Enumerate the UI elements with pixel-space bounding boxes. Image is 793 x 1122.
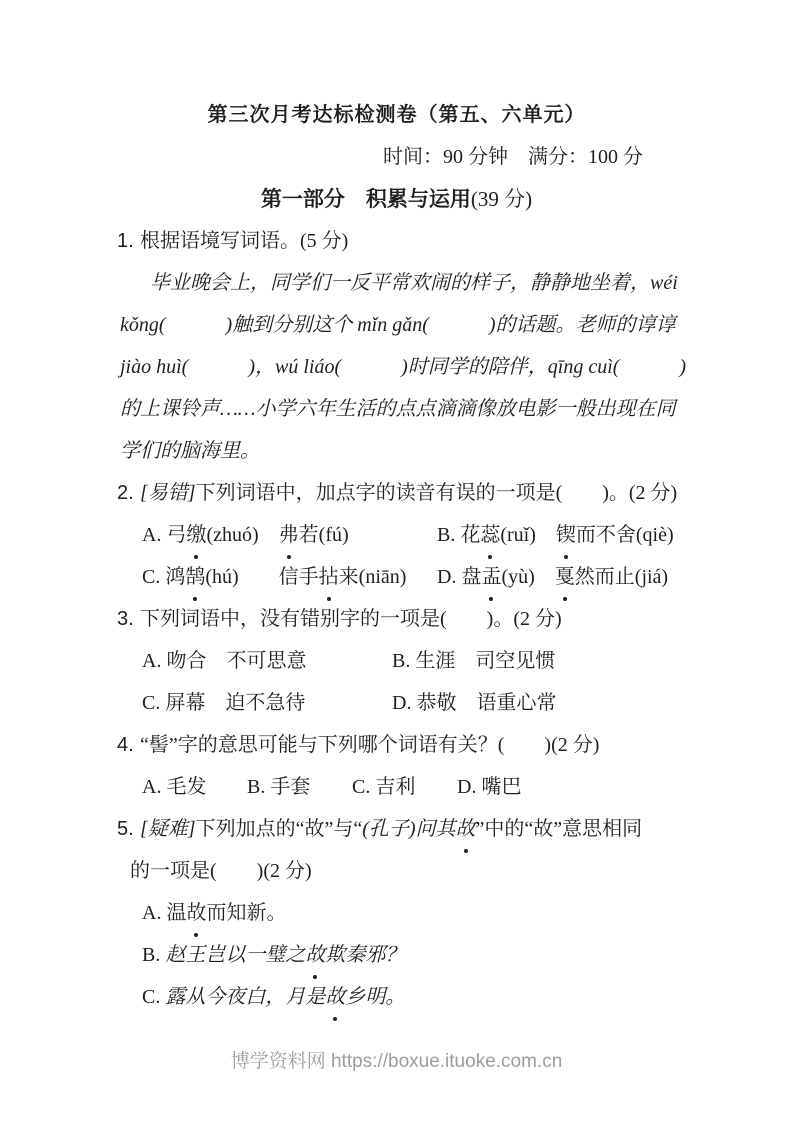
- text-segment: 下列加点的“故”与“: [196, 818, 363, 840]
- option-cell: D. 嘴巴: [457, 766, 521, 808]
- emphasis-dot-char: 戛: [555, 556, 575, 598]
- option-row: A. 温故而知新。: [0, 892, 793, 934]
- text-line: jiào huì( )，wú liáo( )时同学的陪伴，qīng cuì( ): [0, 346, 793, 388]
- question-number: 4.: [117, 724, 134, 766]
- question-number: 5.: [117, 808, 134, 850]
- exam-time-score-meta: 时间：90 分钟 满分：100 分: [0, 136, 793, 178]
- text-line: 学们的脑海里。: [0, 430, 793, 472]
- text-segment: D. 盘: [437, 566, 481, 588]
- text-segment: B. 手套: [247, 776, 310, 798]
- emphasis-dot-char: 蕊: [480, 514, 500, 556]
- text-segment: A. 温: [142, 902, 186, 924]
- option-cell: C. 屏幕 迫不急待: [142, 682, 392, 724]
- option-row: A. 吻合 不可思意B. 生涯 司空见惯: [0, 640, 793, 682]
- text-segment: B. 花: [437, 524, 480, 546]
- text-segment: A. 吻合 不可思意: [142, 650, 306, 672]
- emphasis-dot-char: 故: [305, 934, 325, 976]
- option-cell: D. 恭敬 语重心常: [392, 682, 556, 724]
- text-segment: 而知新。: [206, 902, 286, 924]
- emphasis-dot-char: 故: [325, 976, 345, 1018]
- option-row: B. 赵王岂以一璧之故欺秦邪？: [0, 934, 793, 976]
- text-segment: 而不舍(qiè): [576, 524, 674, 546]
- text-segment: B. 生涯 司空见惯: [392, 650, 555, 672]
- question-number: 1.: [117, 220, 134, 262]
- emphasis-dot-char: 故: [186, 892, 206, 934]
- emphasis-dot-char: 弗: [279, 514, 299, 556]
- text-segment: C. 鸿: [142, 566, 185, 588]
- text-segment: 毕业晚会上，同学们一反平常欢闹的样子，静静地坐着，wéi: [150, 272, 678, 294]
- option-row: C. 鸿鹄(hú) 信手拈来(niān)D. 盘盂(yù) 戛然而止(jiá): [0, 556, 793, 598]
- text-segment: 的上课铃声……小学六年生活的点点滴滴像放电影一般出现在同: [120, 398, 676, 420]
- text-segment: D. 嘴巴: [457, 776, 521, 798]
- text-segment: 若(fú): [299, 524, 349, 546]
- option-row: C. 露从今夜白，月是故乡明。: [0, 976, 793, 1018]
- option-row: A. 毛发B. 手套C. 吉利D. 嘴巴: [0, 766, 793, 808]
- text-segment: B.: [142, 944, 165, 966]
- text-segment: (zhuó): [206, 524, 278, 546]
- question-stem-line: 4.“髻”字的意思可能与下列哪个词语有关？( )(2 分): [0, 724, 793, 766]
- section-heading: 第一部分 积累与运用(39 分): [0, 178, 793, 220]
- question-stem-line: 5.[疑难]下列加点的“故”与“(孔子)问其故”中的“故”意思相同: [0, 808, 793, 850]
- question-stem-line: 3.下列词语中，没有错别字的一项是( )。(2 分): [0, 598, 793, 640]
- section-title: 第一部分 积累与运用: [261, 188, 471, 211]
- text-segment: (yù): [501, 566, 554, 588]
- paper-title: 第三次月考达标检测卷（第五、六单元）: [0, 94, 793, 136]
- question-number: 2.: [117, 472, 134, 514]
- emphasis-dot-char: 鹄: [185, 556, 205, 598]
- text-segment: kǒng( )触到分别这个 mǐn gǎn( )的话题。老师的谆谆: [120, 314, 676, 336]
- text-segment: 的一项是( )(2 分): [130, 860, 312, 882]
- text-segment: (ruǐ): [500, 524, 556, 546]
- text-segment: “髻”字的意思可能与下列哪个词语有关？( )(2 分): [140, 734, 599, 756]
- emphasis-dot-char: 故: [456, 808, 476, 850]
- text-segment: 然而止(jiá): [575, 566, 668, 588]
- option-cell: A. 吻合 不可思意: [142, 640, 392, 682]
- text-segment: 下列词语中，加点字的读音有误的一项是( )。(2 分): [196, 482, 678, 504]
- text-segment: [易错]: [140, 482, 196, 504]
- emphasis-dot-char: 盂: [481, 556, 501, 598]
- text-segment: C. 吉利: [352, 776, 415, 798]
- text-segment: 赵王岂以一璧之: [165, 944, 305, 966]
- text-segment: C.: [142, 986, 165, 1008]
- text-segment: 来(niān): [339, 566, 407, 588]
- option-cell: B. 花蕊(ruǐ) 锲而不舍(qiè): [437, 514, 674, 556]
- emphasis-dot-char: 锲: [556, 514, 576, 556]
- question-stem-line: 2.[易错]下列词语中，加点字的读音有误的一项是( )。(2 分): [0, 472, 793, 514]
- option-cell: C. 吉利: [352, 766, 457, 808]
- text-segment: (孔子)问其: [362, 818, 455, 840]
- emphasis-dot-char: 拈: [319, 556, 339, 598]
- page-footer-watermark: 博学资料网 https://boxue.ituoke.com.cn: [0, 1041, 793, 1083]
- text-segment: (hú) 信手: [205, 566, 318, 588]
- text-segment: [疑难]: [140, 818, 196, 840]
- text-segment: A. 弓: [142, 524, 186, 546]
- text-line: 的上课铃声……小学六年生活的点点滴滴像放电影一般出现在同: [0, 388, 793, 430]
- text-line: 毕业晚会上，同学们一反平常欢闹的样子，静静地坐着，wéi: [0, 262, 793, 304]
- option-cell: B. 生涯 司空见惯: [392, 640, 555, 682]
- option-cell: A. 弓缴(zhuó) 弗若(fú): [142, 514, 437, 556]
- text-segment: C. 屏幕 迫不急待: [142, 692, 305, 714]
- option-cell: D. 盘盂(yù) 戛然而止(jiá): [437, 556, 668, 598]
- text-segment: D. 恭敬 语重心常: [392, 692, 556, 714]
- option-cell: A. 毛发: [142, 766, 247, 808]
- text-segment: A. 毛发: [142, 776, 206, 798]
- text-line: kǒng( )触到分别这个 mǐn gǎn( )的话题。老师的谆谆: [0, 304, 793, 346]
- emphasis-dot-char: 缴: [186, 514, 206, 556]
- section-score: (39 分): [471, 187, 532, 211]
- text-segment: 欺秦邪？: [325, 944, 405, 966]
- text-line: 的一项是( )(2 分): [0, 850, 793, 892]
- text-segment: 乡明。: [345, 986, 405, 1008]
- text-segment: 根据语境写词语。(5 分): [140, 230, 348, 252]
- text-segment: jiào huì( )，wú liáo( )时同学的陪伴，qīng cuì( ): [120, 356, 686, 378]
- question-stem-line: 1.根据语境写词语。(5 分): [0, 220, 793, 262]
- option-row: C. 屏幕 迫不急待D. 恭敬 语重心常: [0, 682, 793, 724]
- option-row: A. 弓缴(zhuó) 弗若(fú)B. 花蕊(ruǐ) 锲而不舍(qiè): [0, 514, 793, 556]
- text-segment: 学们的脑海里。: [120, 440, 260, 462]
- text-segment: 露从今夜白，月是: [165, 986, 325, 1008]
- option-cell: B. 手套: [247, 766, 352, 808]
- question-number: 3.: [117, 598, 134, 640]
- exam-paper-page: 第三次月考达标检测卷（第五、六单元） 时间：90 分钟 满分：100 分 第一部…: [0, 0, 793, 1122]
- text-segment: ”中的“故”意思相同: [476, 818, 643, 840]
- text-segment: 下列词语中，没有错别字的一项是( )。(2 分): [140, 608, 562, 630]
- question-body: 1.根据语境写词语。(5 分)毕业晚会上，同学们一反平常欢闹的样子，静静地坐着，…: [0, 220, 793, 1018]
- option-cell: C. 鸿鹄(hú) 信手拈来(niān): [142, 556, 437, 598]
